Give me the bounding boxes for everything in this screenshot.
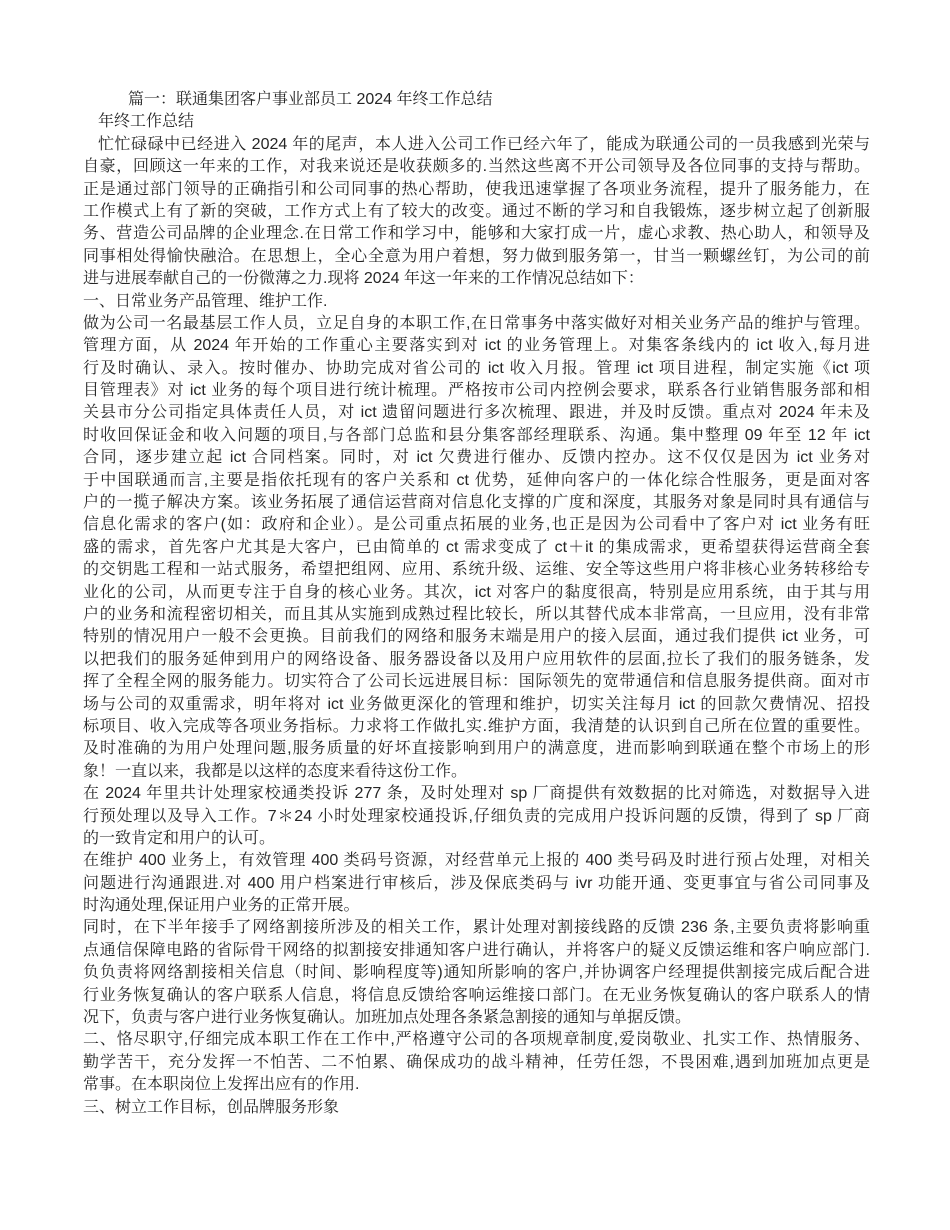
text-line: 管理方面，从 2024 年开始的工作重心主要落实到对 ict 的业务管理上。对集… [83, 335, 870, 357]
text-line: 行及时确认、录入。按时催办、协助完成对省公司的 ict 收入月报。管理 ict … [83, 358, 870, 380]
text-line: 勤学苦干，充分发挥一不怕苦、二不怕累、确保成功的战斗精神，任劳任怨，不畏困难,遇… [83, 1052, 870, 1074]
text-line: 合同，逐步建立起 ict 合同档案。同时，对 ict 欠费进行催办、反馈内控办。… [83, 447, 870, 469]
text-line: 点通信保障电路的省际骨干网络的拟割接安排通知客户进行确认，并将客户的疑义反馈运维… [83, 940, 870, 962]
text-line: 时收回保证金和收入问题的项目,与各部门总监和县分集客部经理联系、沟通。集中整理 … [83, 425, 870, 447]
number-400-paragraph: 在维护 400 业务上，有效管理 400 类码号资源，对经营单元上报的 400 … [83, 850, 870, 917]
text-line: 象！一直以来，我都是以这样的态度来看待这份工作。 [83, 761, 870, 783]
text-line: 二、恪尽职守,仔细完成本职工作在工作中,严格遵守公司的各项规章制度,爱岗敬业、扎… [83, 1029, 870, 1051]
text-line: 时沟通处理,保证用户业务的正常开展。 [83, 895, 870, 917]
title-line: 篇一：联通集团客户事业部员工 2024 年终工作总结 [83, 89, 870, 111]
text-line: 负负责将网络割接相关信息（时间、影响程度等)通知所影响的客户,并协调客户经理提供… [83, 962, 870, 984]
text-line: 一、日常业务产品管理、维护工作. [83, 291, 870, 313]
text-line: 关县市分公司指定具体责任人员，对 ict 遗留问题进行多次梳理、跟进，并及时反馈… [83, 402, 870, 424]
text-line: 于中国联通而言,主要是指依托现有的客户关系和 ct 优势，延伸向客户的一体化综合… [83, 470, 870, 492]
network-cutover-paragraph: 同时，在下半年接手了网络割接所涉及的相关工作，累计处理对割接线路的反馈 236 … [83, 917, 870, 1029]
text-line: 特别的情况用户一般不会更换。目前我们的网络和服务末端是用户的接入层面，通过我们提… [83, 626, 870, 648]
section-3-heading: 三、树立工作目标，创品牌服务形象 [83, 1097, 870, 1119]
section-2-paragraph: 二、恪尽职守,仔细完成本职工作在工作中,严格遵守公司的各项规章制度,爱岗敬业、扎… [83, 1029, 870, 1096]
text-line: 问题进行沟通跟进.对 400 用户档案进行审核后，涉及保底类码与 ivr 功能开… [83, 873, 870, 895]
text-line: 信息化需求的客户(如：政府和企业）。是公司重点拓展的业务,也正是因为公司看中了客… [83, 514, 870, 536]
text-line: 三、树立工作目标，创品牌服务形象 [83, 1097, 870, 1119]
text-line: 场与公司的双重需求，明年将对 ict 业务做更深化的管理和维护，切实关注每月 i… [83, 694, 870, 716]
text-line: 行预处理以及导入工作。7＊24 小时处理家校通投诉,仔细负责的完成用户投诉问题的… [83, 806, 870, 828]
text-line: 常事。在本职岗位上发挥出应有的作用. [83, 1074, 870, 1096]
text-line: 盛的需求，首先客户尤其是大客户，已由简单的 ct 需求变成了 ct＋it 的集成… [83, 537, 870, 559]
text-line: 工作模式上有了新的突破，工作方式上有了较大的改变。通过不断的学习和自我锻炼，逐步… [83, 201, 870, 223]
text-line: 做为公司一名最基层工作人员，立足自身的本职工作,在日常事务中落实做好对相关业务产… [83, 313, 870, 335]
document-body: 篇一：联通集团客户事业部员工 2024 年终工作总结年终工作总结忙忙碌碌中已经进… [83, 89, 870, 1119]
text-line: 行业务恢复确认的客户联系人信息，将信息反馈给客响运维接口部门。在无业务恢复确认的… [83, 985, 870, 1007]
text-line: 以把我们的服务延伸到用户的网络设备、服务器设备以及用户应用软件的层面,拉长了我们… [83, 649, 870, 671]
complaints-paragraph: 在 2024 年里共计处理家校通类投诉 277 条，及时处理对 sp 厂商提供有… [83, 783, 870, 850]
text-line: 目管理表》对 ict 业务的每个项目进行统计梳理。严格按市公司内控例会要求，联系… [83, 380, 870, 402]
text-line: 进与进展奉献自己的一份微薄之力.现将 2024 年这一年来的工作情况总结如下： [83, 268, 870, 290]
text-line: 务、营造公司品牌的企业理念.在日常工作和学习中，能够和大家打成一片，虚心求教、热… [83, 223, 870, 245]
subtitle-line: 年终工作总结 [83, 111, 870, 133]
text-line: 挥了全程全网的服务能力。切实符合了公司长远进展目标：国际领先的宽带通信和信息服务… [83, 671, 870, 693]
text-line: 在维护 400 业务上，有效管理 400 类码号资源，对经营单元上报的 400 … [83, 850, 870, 872]
text-line: 及时准确的为用户处理问题,服务质量的好坏直接影响到用户的满意度，进而影响到联通在… [83, 738, 870, 760]
text-line: 篇一：联通集团客户事业部员工 2024 年终工作总结 [83, 89, 870, 111]
text-line: 的一致肯定和用户的认可。 [83, 828, 870, 850]
text-line: 业化的公司，从而更专注于自身的核心业务。其次，ict 对客户的黏度很高，特别是应… [83, 582, 870, 604]
text-line: 正是通过部门领导的正确指引和公司同事的热心帮助，使我迅速掌握了各项业务流程，提升… [83, 179, 870, 201]
text-line: 况下，负责与客户进行业务恢复确认。加班加点处理各条紧急割接的通知与单据反馈。 [83, 1007, 870, 1029]
text-line: 标项目、收入完成等各项业务指标。力求将工作做扎实.维护方面，我清楚的认识到自己所… [83, 716, 870, 738]
text-line: 的交钥匙工程和一站式服务，希望把组网、应用、系统升级、运维、安全等这些用户将非核… [83, 559, 870, 581]
text-line: 年终工作总结 [83, 111, 870, 133]
text-line: 在 2024 年里共计处理家校通类投诉 277 条，及时处理对 sp 厂商提供有… [83, 783, 870, 805]
section-1-heading: 一、日常业务产品管理、维护工作. [83, 291, 870, 313]
document-page: 篇一：联通集团客户事业部员工 2024 年终工作总结年终工作总结忙忙碌碌中已经进… [0, 0, 950, 1230]
text-line: 同事相处得愉快融洽。在思想上，全心全意为用户着想，努力做到服务第一，甘当一颗螺丝… [83, 246, 870, 268]
section-1-body: 做为公司一名最基层工作人员，立足自身的本职工作,在日常事务中落实做好对相关业务产… [83, 313, 870, 783]
text-line: 忙忙碌碌中已经进入 2024 年的尾声，本人进入公司工作已经六年了，能成为联通公… [83, 134, 870, 156]
text-line: 同时，在下半年接手了网络割接所涉及的相关工作，累计处理对割接线路的反馈 236 … [83, 917, 870, 939]
text-line: 户的业务和流程密切相关，而且其从实施到成熟过程比较长，所以其替代成本非常高，一旦… [83, 604, 870, 626]
intro-paragraph: 忙忙碌碌中已经进入 2024 年的尾声，本人进入公司工作已经六年了，能成为联通公… [83, 134, 870, 291]
text-line: 自豪，回顾这一年来的工作，对我来说还是收获颇多的.当然这些离不开公司领导及各位同… [83, 156, 870, 178]
text-line: 户的一揽子解决方案。该业务拓展了通信运营商对信息化支撑的广度和深度，其服务对象是… [83, 492, 870, 514]
